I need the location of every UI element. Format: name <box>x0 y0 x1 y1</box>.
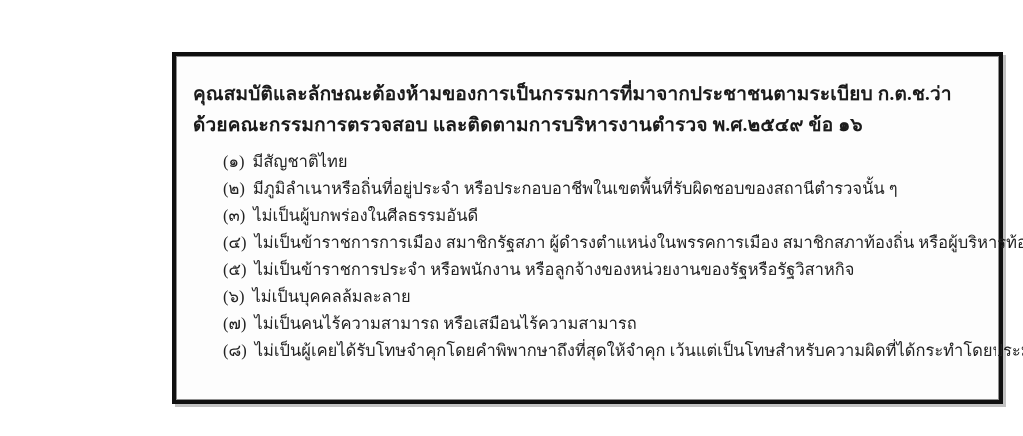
list-item: (๗)ไม่เป็นคนไร้ความสามารถ หรือเสมือนไร้ค… <box>223 310 980 337</box>
list-item: (๒)มีภูมิลำเนาหรือถิ่นที่อยู่ประจำ หรือป… <box>223 175 980 202</box>
list-item: (๖)ไม่เป็นบุคคลล้มละลาย <box>223 283 980 310</box>
qualification-list: (๑)มีสัญชาติไทย (๒)มีภูมิลำเนาหรือถิ่นที… <box>193 148 980 364</box>
item-text: ไม่เป็นผู้บกพร่องในศีลธรรมอันดี <box>253 206 478 225</box>
regulation-box-content: คุณสมบัติและลักษณะต้องห้ามของการเป็นกรรม… <box>191 69 984 391</box>
item-number: (๓) <box>223 202 245 229</box>
item-text: ไม่เป็นบุคคลล้มละลาย <box>252 287 410 306</box>
list-item: (๔)ไม่เป็นข้าราชการการเมือง สมาชิกรัฐสภา… <box>223 229 980 256</box>
item-text: ไม่เป็นข้าราชการประจำ หรือพนักงาน หรือลู… <box>254 260 854 279</box>
document-heading: คุณสมบัติและลักษณะต้องห้ามของการเป็นกรรม… <box>193 79 980 141</box>
item-number: (๖) <box>223 283 244 310</box>
item-text: ไม่เป็นผู้เคยได้รับโทษจำคุกโดยคำพิพากษาถ… <box>255 341 1023 360</box>
regulation-box: คุณสมบัติและลักษณะต้องห้ามของการเป็นกรรม… <box>172 52 1003 404</box>
item-text: ไม่เป็นข้าราชการการเมือง สมาชิกรัฐสภา ผู… <box>254 233 1023 252</box>
item-number: (๑) <box>223 148 244 175</box>
list-item: (๑)มีสัญชาติไทย <box>223 148 980 175</box>
list-item: (๓)ไม่เป็นผู้บกพร่องในศีลธรรมอันดี <box>223 202 980 229</box>
item-text: มีภูมิลำเนาหรือถิ่นที่อยู่ประจำ หรือประก… <box>253 179 898 198</box>
item-number: (๗) <box>223 310 246 337</box>
list-item: (๘)ไม่เป็นผู้เคยได้รับโทษจำคุกโดยคำพิพาก… <box>223 337 980 364</box>
item-number: (๒) <box>223 175 245 202</box>
item-number: (๘) <box>223 337 247 364</box>
regulation-box-inner-border: คุณสมบัติและลักษณะต้องห้ามของการเป็นกรรม… <box>176 56 999 400</box>
document-page: คุณสมบัติและลักษณะต้องห้ามของการเป็นกรรม… <box>0 0 1023 436</box>
list-item: (๕)ไม่เป็นข้าราชการประจำ หรือพนักงาน หรื… <box>223 256 980 283</box>
item-text: ไม่เป็นคนไร้ความสามารถ หรือเสมือนไร้ความ… <box>254 314 636 333</box>
item-text: มีสัญชาติไทย <box>252 152 347 171</box>
item-number: (๕) <box>223 256 246 283</box>
item-number: (๔) <box>223 229 246 256</box>
